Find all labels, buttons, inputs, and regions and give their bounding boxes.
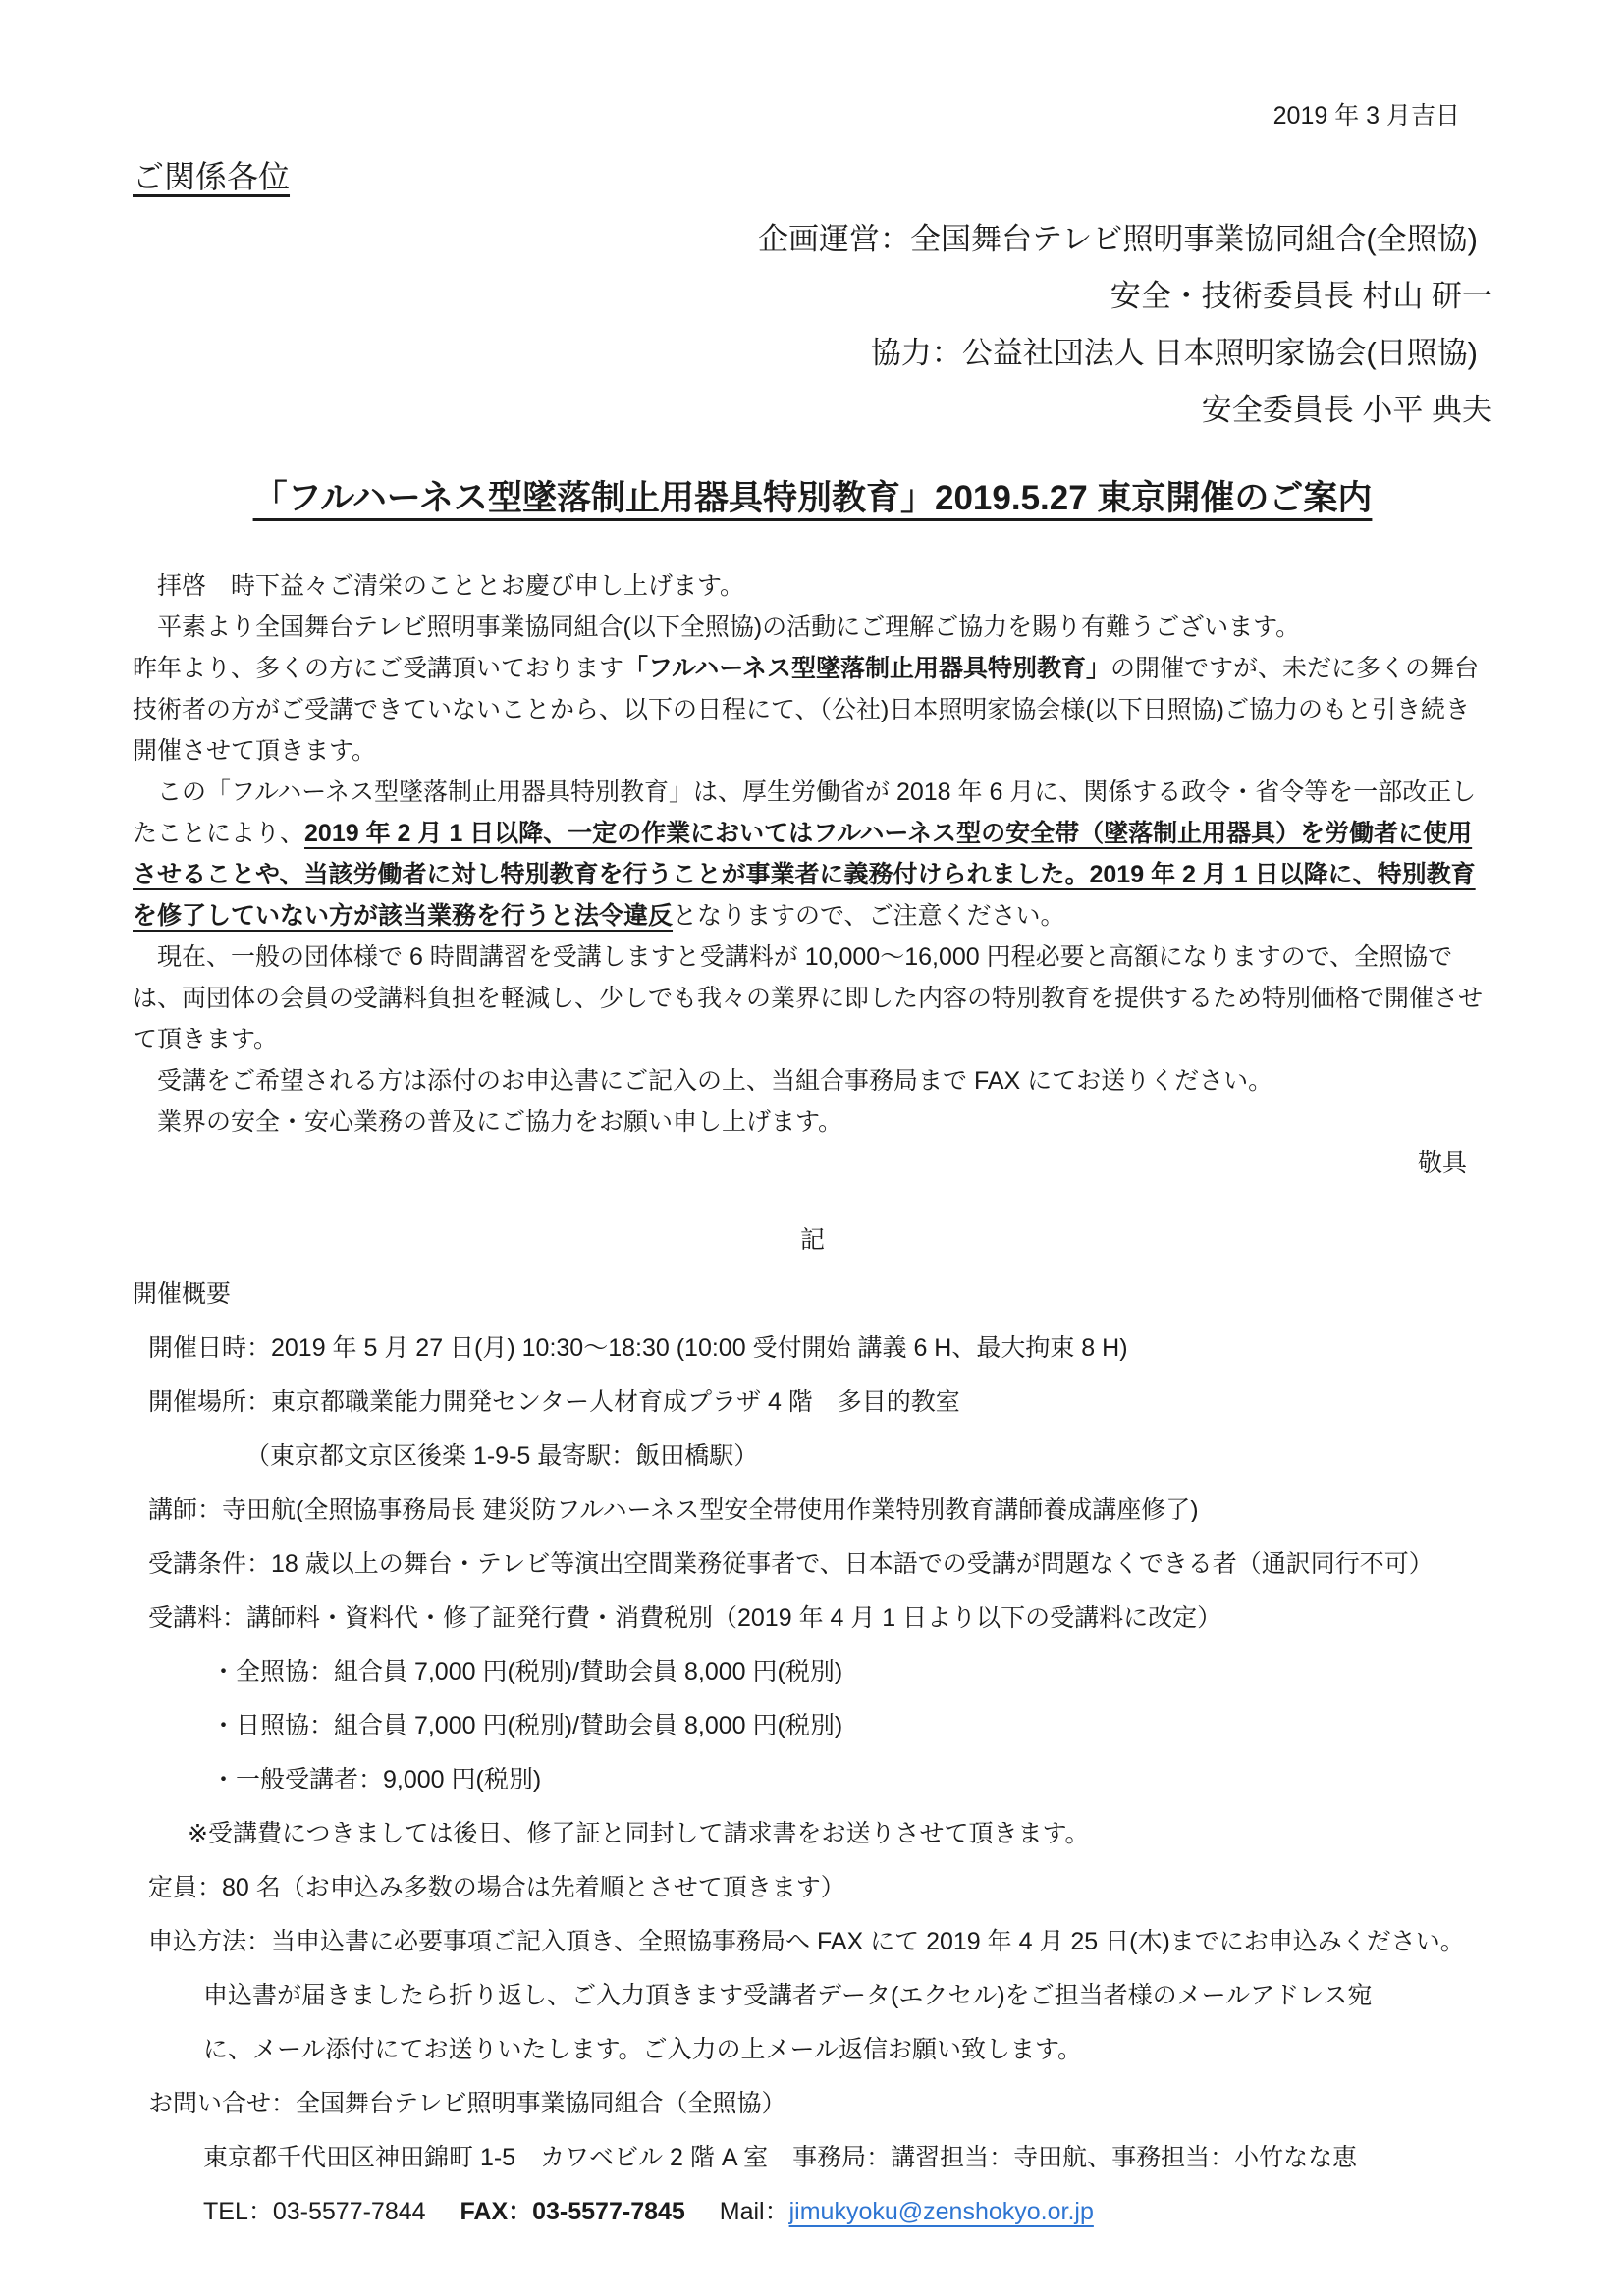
overview-item-how-to-apply: 申込方法：当申込書に必要事項ご記入頂き、全照協事務局へ FAX にて 2019 … <box>133 1915 1492 1969</box>
text-segment: たことにより、 <box>133 820 304 847</box>
overview-item-office-address: 東京都千代田区神田錦町 1-5 カワベビル 2 階 A 室 事務局：講習担当：寺… <box>133 2131 1492 2185</box>
page-title: 「フルハーネス型墜落制止用器具特別教育」2019.5.27 東京開催のご案内 <box>253 479 1373 517</box>
overview-item-fee-nisshokyo: ・日照協：組合員 7,000 円(税別)/賛助会員 8,000 円(税別) <box>133 1699 1492 1753</box>
record-mark: 記 <box>133 1213 1492 1267</box>
paragraph-line-price-3: て頂きます。 <box>133 1019 1492 1060</box>
paragraph-line-law-2: たことにより、2019 年 2 月 1 日以降、一定の作業においてはフルハーネス… <box>133 813 1492 854</box>
contact-line: TEL：03-5577-7844 FAX：03-5577-7845 Mail：j… <box>133 2185 1492 2239</box>
overview-item-capacity: 定員：80 名（お申込み多数の場合は先着順とさせて頂きます） <box>133 1861 1492 1915</box>
overview-item-venue: 開催場所：東京都職業能力開発センター人材育成プラザ 4 階 多目的教室 <box>133 1375 1492 1429</box>
overview-item-inquiry: お問い合せ：全国舞台テレビ照明事業協同組合（全照協） <box>133 2077 1492 2131</box>
paragraph-line-request: 業界の安全・安心業務の普及にご協力をお願い申し上げます。 <box>133 1101 1492 1143</box>
overview-item-venue-address: （東京都文京区後楽 1-9-5 最寄駅：飯田橋駅） <box>133 1429 1492 1483</box>
overview-item-apply-note-1: 申込書が届きましたら折り返し、ご入力頂きます受講者データ(エクセル)をご担当者様… <box>133 1969 1492 2023</box>
sender-block: 企画運営：全国舞台テレビ照明事業協同組合(全照協) 安全・技術委員長 村山 研一… <box>133 211 1492 439</box>
paragraph-line-law-3: させることや、当該労働者に対し特別教育を行うことが事業者に義務付けられました。2… <box>133 854 1492 895</box>
overview-item-requirements: 受講条件：18 歳以上の舞台・テレビ等演出空間業務従事者で、日本語での受講が問題… <box>133 1537 1492 1591</box>
salutation-row: ご関係各位 <box>133 157 1492 199</box>
fax-text: FAX：03-5577-7845 <box>460 2198 685 2225</box>
title-row: 「フルハーネス型墜落制止用器具特別教育」2019.5.27 東京開催のご案内 <box>133 474 1492 526</box>
text-segment: となりますので、ご注意ください。 <box>673 902 1065 930</box>
paragraph-line-course-intro: 昨年より、多くの方にご受講頂いております「フルハーネス型墜落制止用器具特別教育」… <box>133 648 1492 689</box>
tel-text: TEL：03-5577-7844 <box>203 2198 426 2225</box>
paragraph-line-law-1: この「フルハーネス型墜落制止用器具特別教育」は、厚生労働省が 2018 年 6 … <box>133 772 1492 813</box>
text-segment-bold-underline: を修了していない方が該当業務を行うと法令違反 <box>133 902 673 930</box>
paragraph-line-course-intro-3: 開催させて頂きます。 <box>133 730 1492 772</box>
sender-line-safety-chair: 安全委員長 小平 典夫 <box>133 382 1492 439</box>
date-line: 2019 年 3 月吉日 <box>133 98 1492 133</box>
sender-line-organizer: 企画運営：全国舞台テレビ照明事業協同組合(全照協) <box>133 211 1492 268</box>
overview-section: 開催概要 開催日時：2019 年 5 月 27 日(月) 10:30～18:30… <box>133 1267 1492 2239</box>
overview-item-fee-zenshokyo: ・全照協：組合員 7,000 円(税別)/賛助会員 8,000 円(税別) <box>133 1645 1492 1699</box>
paragraph-line-course-intro-2: 技術者の方がご受講できていないことから、以下の日程にて、（公社)日本照明家協会様… <box>133 689 1492 730</box>
salutation: ご関係各位 <box>133 159 296 194</box>
overview-item-apply-note-2: に、メール添付にてお送りいたします。ご入力の上メール返信お願い致します。 <box>133 2023 1492 2077</box>
mail-label: Mail： <box>720 2198 789 2225</box>
overview-item-fee-general: ・一般受講者：9,000 円(税別) <box>133 1753 1492 1807</box>
letter-page: 2019 年 3 月吉日 ご関係各位 企画運営：全国舞台テレビ照明事業協同組合(… <box>0 0 1624 2296</box>
text-segment: 昨年より、多くの方にご受講頂いております <box>133 655 623 682</box>
paragraph-line-price-1: 現在、一般の団体様で 6 時間講習を受講しますと受講料が 10,000～16,0… <box>133 936 1492 978</box>
paragraph-line-law-4: を修了していない方が該当業務を行うと法令違反となりますので、ご注意ください。 <box>133 895 1492 936</box>
paragraph-line-apply: 受講をご希望される方は添付のお申込書にご記入の上、当組合事務局まで FAX にて… <box>133 1060 1492 1101</box>
text-segment: の開催ですが、未だに多くの舞台 <box>1110 655 1479 682</box>
paragraph-line-thanks: 平素より全国舞台テレビ照明事業協同組合(以下全照協)の活動にご理解ご協力を賜り有… <box>133 607 1492 648</box>
closing-keigu: 敬具 <box>133 1143 1492 1184</box>
overview-item-datetime: 開催日時：2019 年 5 月 27 日(月) 10:30～18:30 (10:… <box>133 1321 1492 1375</box>
overview-item-fee-note: ※受講費につきましては後日、修了証と同封して請求書をお送りさせて頂きます。 <box>133 1807 1492 1861</box>
email-link[interactable]: jimukyoku@zenshokyo.or.jp <box>789 2198 1094 2225</box>
overview-heading: 開催概要 <box>133 1267 1492 1321</box>
sender-line-cooperation: 協力：公益社団法人 日本照明家協会(日照協) <box>133 325 1492 382</box>
sender-line-safety-tech-chair: 安全・技術委員長 村山 研一 <box>133 268 1492 325</box>
paragraph-line-price-2: は、両団体の会員の受講料負担を軽減し、少しでも我々の業界に即した内容の特別教育を… <box>133 978 1492 1019</box>
text-segment-bold-underline: 2019 年 2 月 1 日以降、一定の作業においてはフルハーネス型の安全帯（墜… <box>304 820 1472 847</box>
text-segment-bold: 「フルハーネス型墜落制止用器具特別教育」 <box>623 655 1110 682</box>
overview-item-fee: 受講料：講師料・資料代・修了証発行費・消費税別（2019 年 4 月 1 日より… <box>133 1591 1492 1645</box>
overview-item-lecturer: 講師：寺田航(全照協事務局長 建災防フルハーネス型安全帯使用作業特別教育講師養成… <box>133 1483 1492 1537</box>
paragraph-line-greeting: 拝啓 時下益々ご清栄のこととお慶び申し上げます。 <box>133 565 1492 607</box>
letter-body: 拝啓 時下益々ご清栄のこととお慶び申し上げます。 平素より全国舞台テレビ照明事業… <box>133 565 1492 1184</box>
